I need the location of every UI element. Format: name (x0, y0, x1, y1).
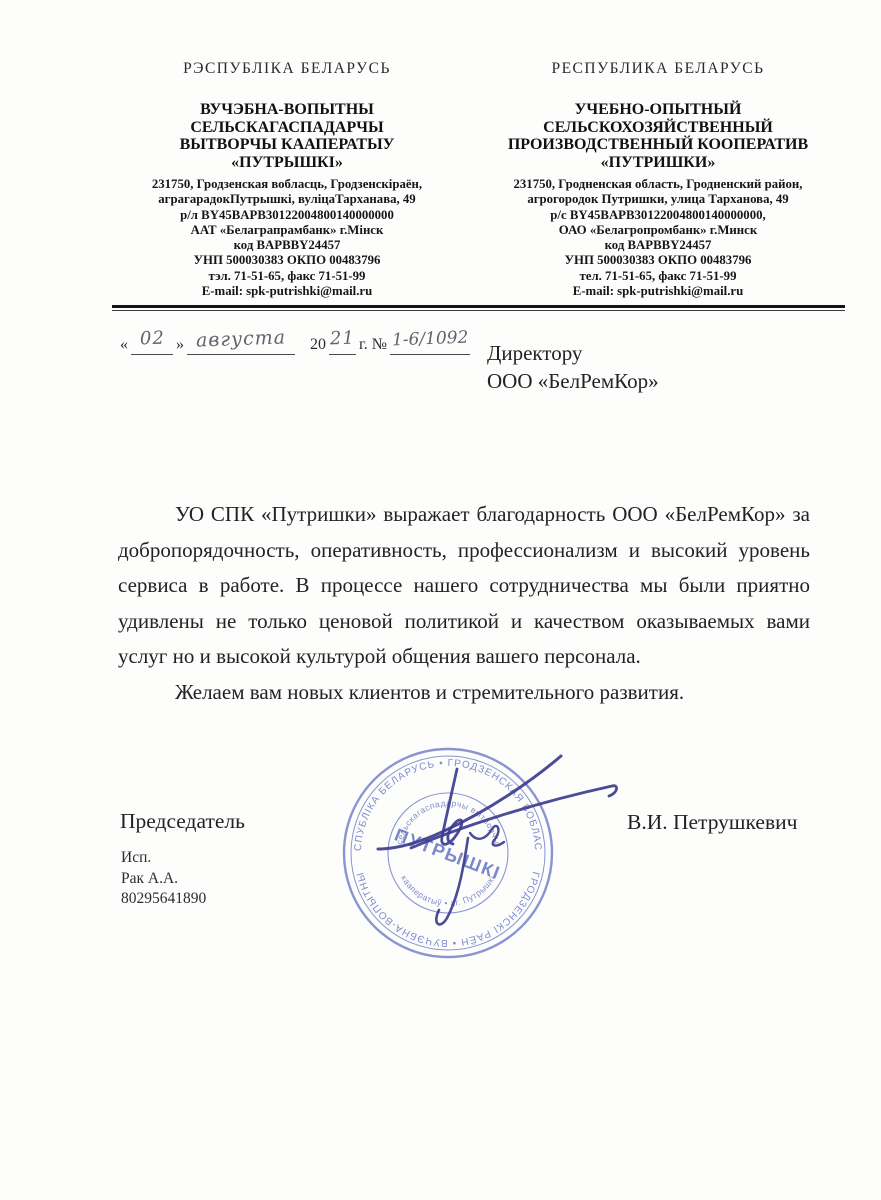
org-name-line: ВЫТВОРЧЫ КААПЕРАТЫУ (106, 136, 468, 154)
open-quote: « (117, 335, 131, 355)
stamp-outer-bottom-text: ГРОДЗЕНСКІ РАЁН • ВУЧЭБНА-ВОПЫТНЫ (355, 870, 541, 948)
address-line: код BAPBBY24457 (106, 238, 468, 253)
address-line: 231750, Гродненская область, Гродненский… (490, 177, 826, 192)
country-name-by: РЭСПУБЛІКА БЕЛАРУСЬ (106, 60, 468, 78)
letter-body: УО СПК «Путришки» выражает благодарность… (118, 497, 810, 710)
address-line: р/л BY45BAPB30122004800140000000 (106, 208, 468, 223)
address-line: тэл. 71-51-65, факс 71-51-99 (106, 269, 468, 284)
executor-phone: 80295641890 (121, 889, 206, 910)
country-name-ru: РЕСПУБЛИКА БЕЛАРУСЬ (490, 60, 826, 78)
handwritten-number: 1-6/1092 (391, 327, 468, 352)
executor-block: Исп. Рак А.А. 80295641890 (121, 848, 206, 910)
org-name-ru: УЧЕБНО-ОПЫТНЫЙ СЕЛЬСКОХОЗЯЙСТВЕННЫЙ ПРОИ… (490, 101, 826, 171)
signer-position-title: Председатель (120, 809, 245, 834)
addressee-block: Директору ООО «БелРемКор» (487, 339, 659, 395)
address-line: р/с BY45BAPB30122004800140000000, (490, 208, 826, 223)
year-slot: 21 (329, 328, 356, 355)
org-name-line: «ПУТРИШКИ» (490, 154, 826, 172)
executor-label: Исп. (121, 848, 206, 869)
address-line: код BAPBBY24457 (490, 238, 826, 253)
executor-name: Рак А.А. (121, 869, 206, 890)
day-slot: 02 (131, 328, 173, 355)
month-slot: августа (187, 328, 295, 355)
org-address-ru: 231750, Гродненская область, Гродненский… (490, 177, 826, 299)
close-quote: » (173, 335, 187, 355)
org-name-line: «ПУТРЫШКІ» (106, 154, 468, 172)
address-line: агрогородок Путришки, улица Тарханова, 4… (490, 192, 826, 207)
signer-name: В.И. Петрушкевич (627, 810, 797, 835)
address-line: 231750, Гродзенская вобласць, Гродзенскі… (106, 177, 468, 192)
address-line: ААТ «Белаграпрамбанк» г.Мінск (106, 223, 468, 238)
addressee-company: ООО «БелРемКор» (487, 367, 659, 395)
org-address-by: 231750, Гродзенская вобласць, Гродзенскі… (106, 177, 468, 299)
org-name-line: ВУЧЭБНА-ВОПЫТНЫ (106, 101, 468, 119)
handwritten-month: августа (196, 326, 287, 351)
number-slot: 1-6/1092 (390, 328, 470, 355)
date-line: « 02 » августа 20 21 г. № 1-6/1092 (117, 325, 470, 355)
address-line: УНП 500030383 ОКПО 00483796 (490, 253, 826, 268)
org-name-line: ПРОИЗВОДСТВЕННЫЙ КООПЕРАТИВ (490, 136, 826, 154)
svg-text:ГРОДЗЕНСКІ РАЁН • ВУЧЭБНА-ВОПЫ: ГРОДЗЕНСКІ РАЁН • ВУЧЭБНА-ВОПЫТНЫ (355, 870, 541, 948)
org-name-line: СЕЛЬСКОХОЗЯЙСТВЕННЫЙ (490, 119, 826, 137)
body-paragraph-2: Желаем вам новых клиентов и стремительно… (118, 675, 810, 711)
address-line: тел. 71-51-65, факс 71-51-99 (490, 269, 826, 284)
year-prefix: 20 (307, 335, 329, 355)
org-name-by: ВУЧЭБНА-ВОПЫТНЫ СЕЛЬСКАГАСПАДАРЧЫ ВЫТВОР… (106, 101, 468, 171)
org-name-line: УЧЕБНО-ОПЫТНЫЙ (490, 101, 826, 119)
address-line: аграгарадокПутрышкі, вуліцаТарханава, 49 (106, 192, 468, 207)
address-line: E-mail: spk-putrishki@mail.ru (490, 284, 826, 299)
address-line: E-mail: spk-putrishki@mail.ru (106, 284, 468, 299)
letter-scan-page: РЭСПУБЛІКА БЕЛАРУСЬ ВУЧЭБНА-ВОПЫТНЫ СЕЛЬ… (0, 0, 881, 1200)
round-stamp: РЭСПУБЛІКА БЕЛАРУСЬ • ГРОДЗЕНСКАЯ ВОБЛАС… (318, 736, 552, 957)
address-line: ОАО «Белагропромбанк» г.Минск (490, 223, 826, 238)
address-line: УНП 500030383 ОКПО 00483796 (106, 253, 468, 268)
letterhead-divider-rule (112, 305, 845, 311)
body-paragraph-1: УО СПК «Путришки» выражает благодарность… (118, 497, 810, 675)
letterhead-left: РЭСПУБЛІКА БЕЛАРУСЬ ВУЧЭБНА-ВОПЫТНЫ СЕЛЬ… (106, 60, 468, 299)
org-name-line: СЕЛЬСКАГАСПАДАРЧЫ (106, 119, 468, 137)
stamp-and-signature: РЭСПУБЛІКА БЕЛАРУСЬ • ГРОДЗЕНСКАЯ ВОБЛАС… (318, 736, 630, 972)
addressee-title: Директору (487, 339, 659, 367)
handwritten-day: 02 (139, 328, 165, 351)
letterhead-right: РЕСПУБЛИКА БЕЛАРУСЬ УЧЕБНО-ОПЫТНЫЙ СЕЛЬС… (490, 60, 826, 299)
handwritten-year: 21 (330, 328, 356, 351)
number-prefix: г. № (356, 335, 390, 355)
